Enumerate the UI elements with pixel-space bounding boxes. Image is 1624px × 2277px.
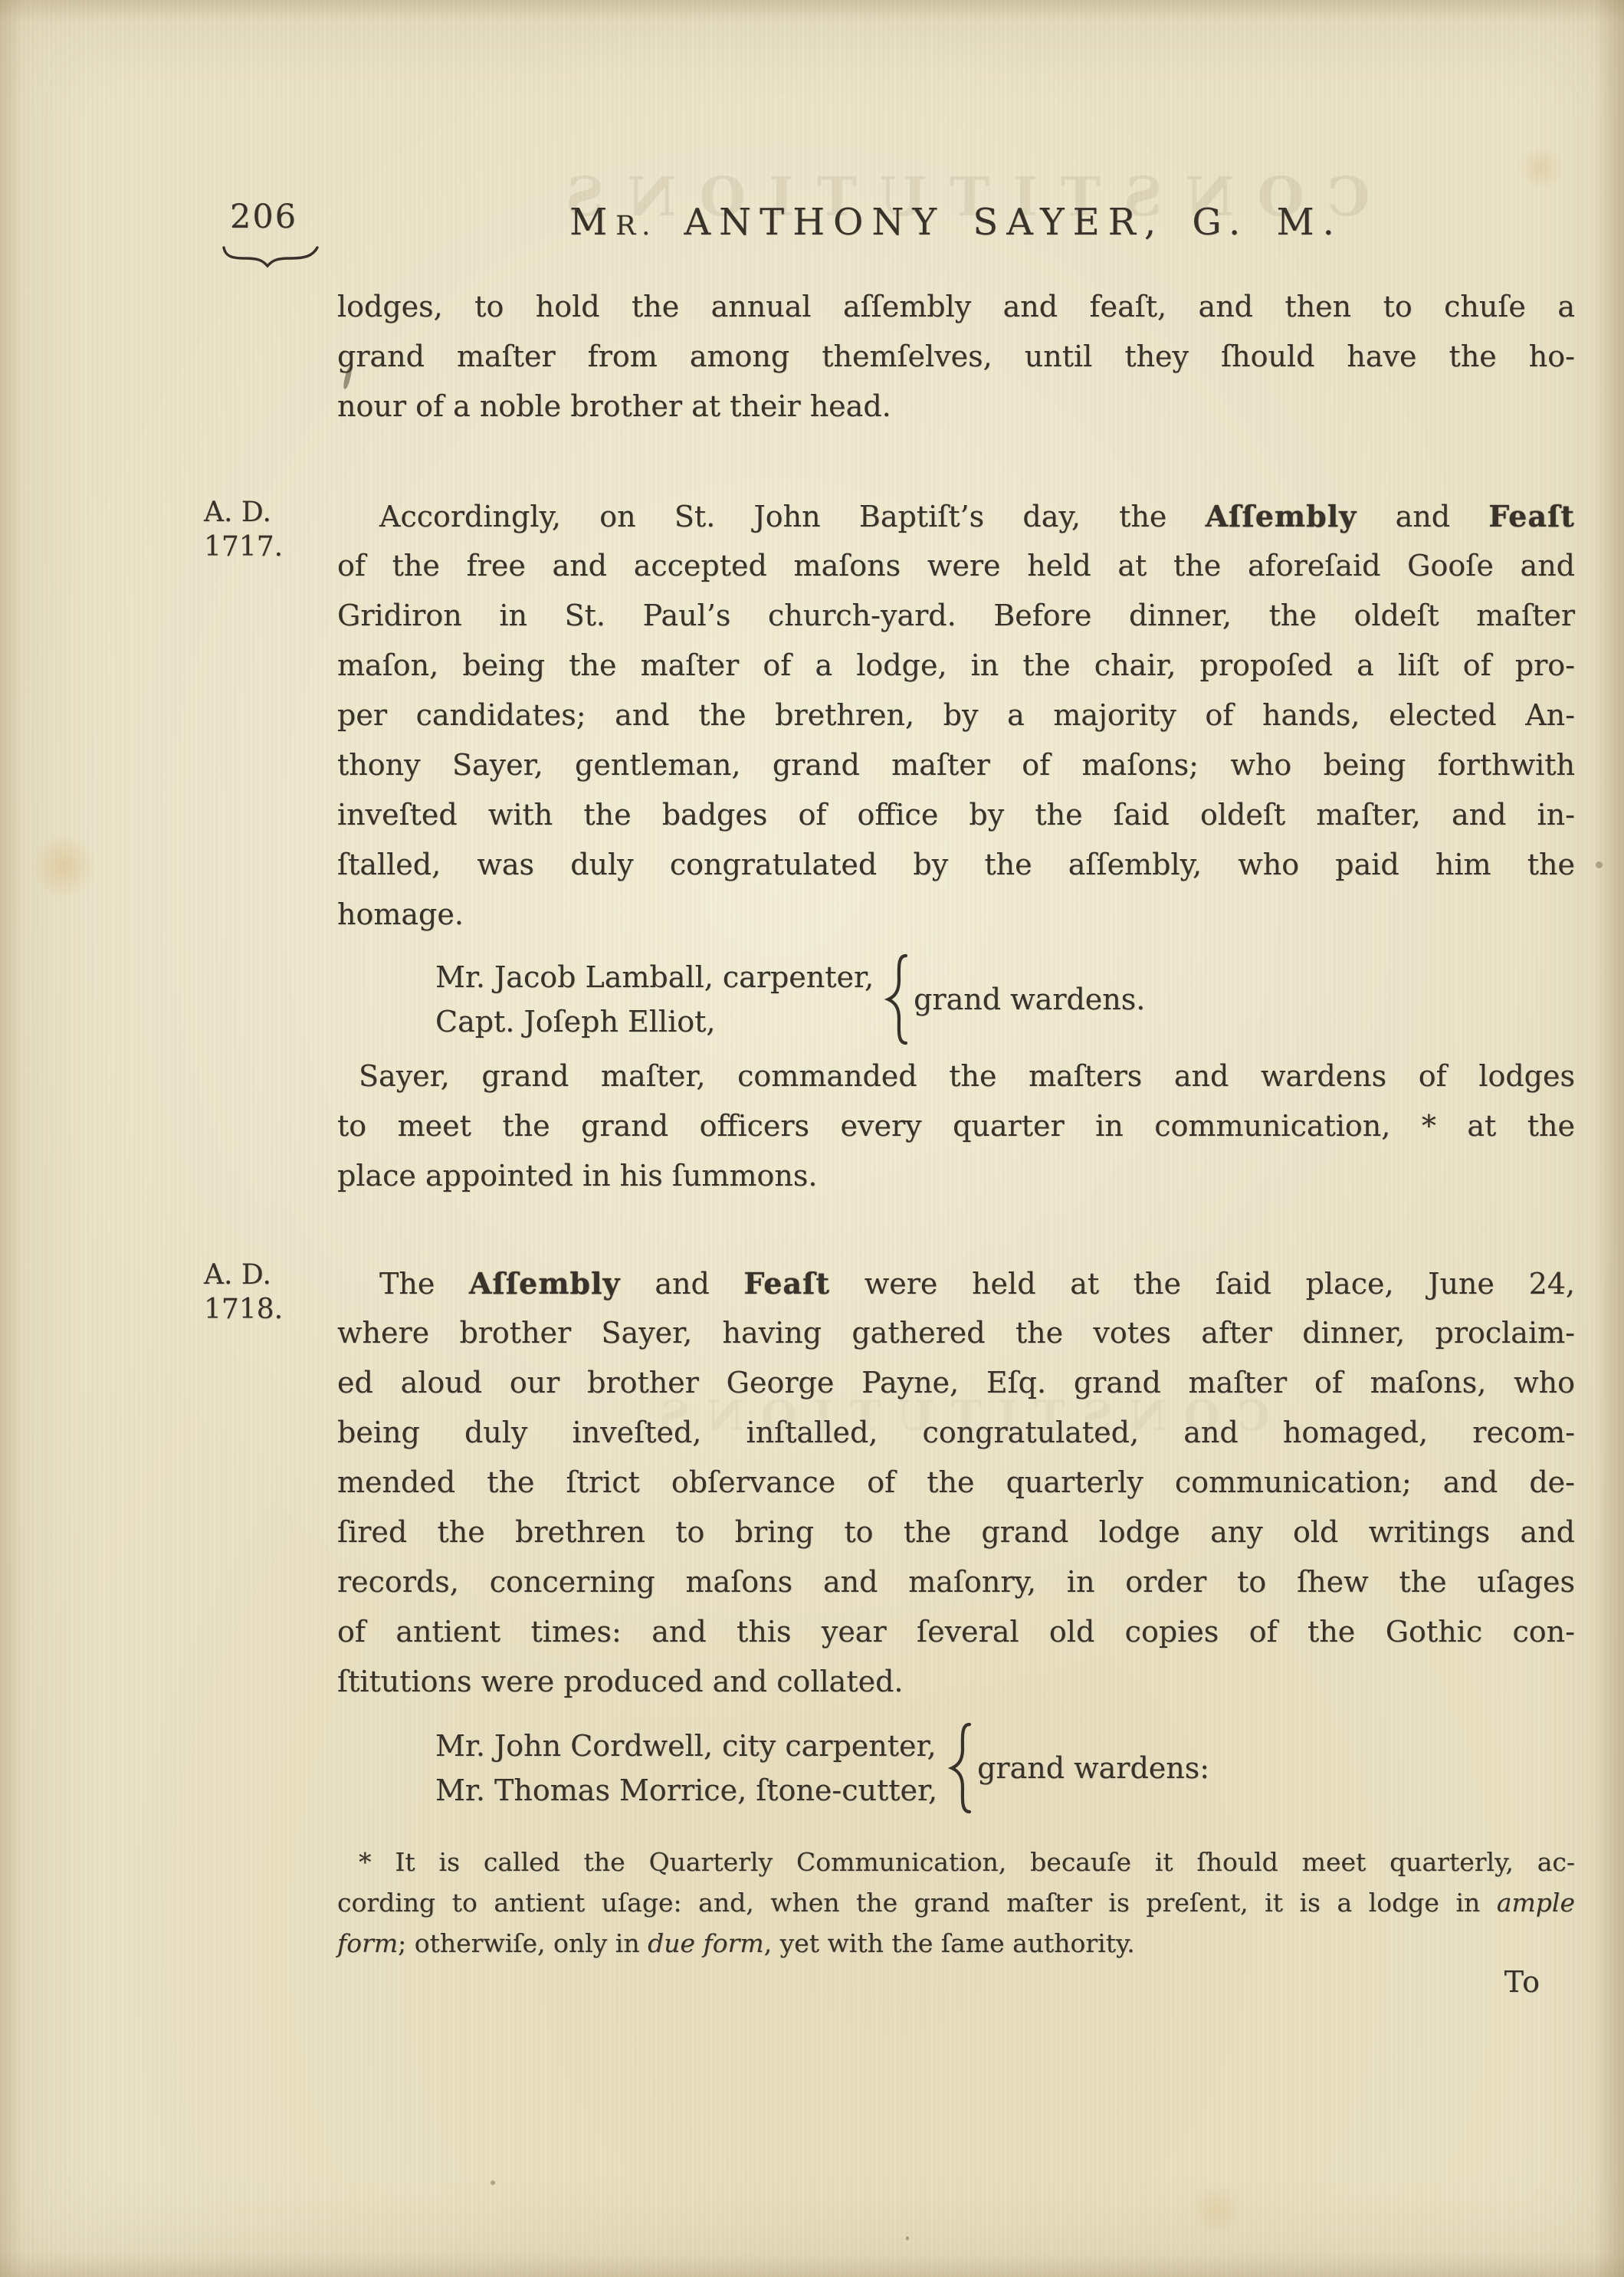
text-line: being duly inveſted, inſtalled, congratu… — [337, 1408, 1575, 1458]
header-initial: M — [569, 201, 615, 244]
wardens-names: Mr. John Cordwell, city carpenter, Mr. T… — [435, 1724, 937, 1813]
text-line: ſtalled, was duly congratulated by the a… — [337, 840, 1575, 890]
text-line: records, concerning maſons and maſonry, … — [337, 1557, 1575, 1607]
wardens-names: Mr. Jacob Lamball, carpenter, Capt. Joſe… — [435, 955, 874, 1044]
blackletter-word: Aſſembly — [1206, 499, 1357, 533]
text-line: inveſted with the badges of office by th… — [337, 790, 1575, 840]
text-line: mended the ſtrict obſervance of the quar… — [337, 1458, 1575, 1508]
footnote-line: cording to antient uſage: and, when the … — [337, 1882, 1575, 1923]
warden-name: Mr. John Cordwell, city carpenter, — [435, 1724, 937, 1768]
text-line: The Aſſembly and Feaſt were held at the … — [337, 1258, 1575, 1308]
ink-speck — [1596, 861, 1603, 868]
footnote-line: form; otherwiſe, only in due form, yet w… — [337, 1923, 1575, 1964]
wardens-label: grand wardens: — [977, 1751, 1209, 1785]
page-number: 206 — [230, 198, 297, 236]
italic-word: form — [337, 1928, 398, 1958]
margin-year: 1717. — [204, 530, 334, 564]
warden-name: Capt. Joſeph Elliot, — [435, 999, 874, 1044]
brace-icon — [948, 1721, 973, 1815]
paragraph-1718: The Aſſembly and Feaſt were held at the … — [337, 1258, 1575, 1707]
ink-speck — [906, 2236, 909, 2240]
text-segment: Accordingly, on St. John Baptiſt’s day, … — [379, 500, 1206, 533]
text-line: of antient times: and this year ſeveral … — [337, 1607, 1575, 1657]
text-line: grand maſter from among themſelves, unti… — [337, 332, 1575, 382]
italic-word: ample — [1497, 1888, 1575, 1918]
margin-note-1718: A. D. 1718. — [204, 1258, 334, 1327]
catchword-row: To — [337, 1964, 1575, 2006]
blackletter-word: Feaſt — [743, 1266, 830, 1301]
book-page-scan: CONSTITUTIONS CONSTITUTIONS 206 MR. ANTH… — [0, 0, 1624, 2277]
text-column: lodges, to hold the annual aſſembly and … — [337, 282, 1575, 2006]
header-smallcap: R. — [615, 211, 656, 241]
blackletter-word: Aſſembly — [469, 1266, 621, 1301]
text-line: thony Sayer, gentleman, grand maſter of … — [337, 740, 1575, 790]
page-number-flourish-icon — [221, 245, 320, 268]
text-line: Sayer, grand maſter, commanded the maſte… — [337, 1052, 1575, 1101]
margin-note-1717: A. D. 1717. — [204, 495, 334, 564]
running-header: MR. ANTHONY SAYER, G. M. — [337, 201, 1575, 244]
text-segment: cording to antient uſage: and, when the … — [337, 1888, 1497, 1918]
footnote-line: * It is called the Quarterly Communicati… — [337, 1842, 1575, 1882]
text-line: to meet the grand officers every quarter… — [337, 1101, 1575, 1151]
text-line: Accordingly, on St. John Baptiſt’s day, … — [337, 491, 1575, 541]
wardens-label: grand wardens. — [914, 983, 1145, 1016]
blackletter-word: Feaſt — [1488, 499, 1575, 533]
foxing-stain — [28, 835, 100, 897]
text-line: ſired the brethren to bring to the grand… — [337, 1508, 1575, 1557]
header-title: ANTHONY SAYER, G. M. — [656, 201, 1343, 244]
grand-wardens-list-1718: Mr. John Cordwell, city carpenter, Mr. T… — [337, 1716, 1575, 1820]
text-line: homage. — [337, 890, 1575, 940]
text-line: per candidates; and the brethren, by a m… — [337, 691, 1575, 740]
grand-wardens-list-1717: Mr. Jacob Lamball, carpenter, Capt. Joſe… — [337, 947, 1575, 1052]
paragraph-continuation: lodges, to hold the annual aſſembly and … — [337, 282, 1575, 431]
text-line: ed aloud our brother George Payne, Eſq. … — [337, 1358, 1575, 1408]
text-line: place appointed in his ſummons. — [337, 1151, 1575, 1201]
foxing-stain — [1514, 149, 1567, 186]
warden-name: Mr. Jacob Lamball, carpenter, — [435, 955, 874, 999]
text-segment: , yet with the ſame authority. — [764, 1928, 1135, 1958]
italic-word: due form — [648, 1928, 764, 1958]
ink-speck — [490, 2180, 495, 2185]
text-line: maſon, being the maſter of a lodge, in t… — [337, 641, 1575, 691]
text-segment: ; otherwiſe, only in — [398, 1928, 648, 1958]
catchword: To — [1504, 1965, 1540, 1999]
text-line: where brother Sayer, having gathered the… — [337, 1308, 1575, 1358]
text-segment: and — [621, 1267, 744, 1301]
margin-ad-label: A. D. — [204, 1258, 334, 1292]
text-line: nour of a noble brother at their head. — [337, 382, 1575, 431]
foxing-stain — [1184, 2188, 1249, 2230]
margin-ad-label: A. D. — [204, 495, 334, 530]
text-line: lodges, to hold the annual aſſembly and … — [337, 282, 1575, 332]
text-line: ſtitutions were produced and collated. — [337, 1657, 1575, 1707]
text-segment: were held at the ſaid place, June 24, — [830, 1267, 1575, 1301]
paragraph-1717: Accordingly, on St. John Baptiſt’s day, … — [337, 491, 1575, 940]
text-segment: and — [1357, 500, 1488, 533]
brace-icon — [884, 953, 909, 1046]
warden-name: Mr. Thomas Morrice, ſtone-cutter, — [435, 1768, 937, 1813]
text-line: Gridiron in St. Paul’s church-yard. Befo… — [337, 591, 1575, 641]
margin-year: 1718. — [204, 1292, 334, 1327]
text-line: of the free and accepted maſons were hel… — [337, 541, 1575, 591]
text-segment: The — [379, 1267, 469, 1301]
paragraph-sayer: Sayer, grand maſter, commanded the maſte… — [337, 1052, 1575, 1201]
footnote: * It is called the Quarterly Communicati… — [337, 1842, 1575, 1964]
